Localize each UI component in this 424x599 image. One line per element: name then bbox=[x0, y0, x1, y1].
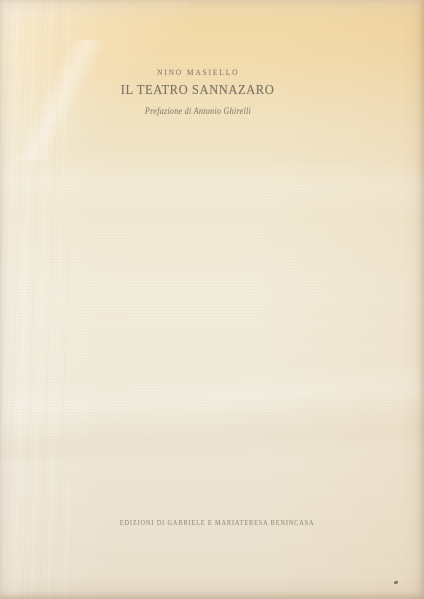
photo-vignette bbox=[0, 0, 424, 599]
book-cover-photo: NINO MASIELLO IL TEATRO SANNAZARO Prefaz… bbox=[0, 0, 424, 599]
